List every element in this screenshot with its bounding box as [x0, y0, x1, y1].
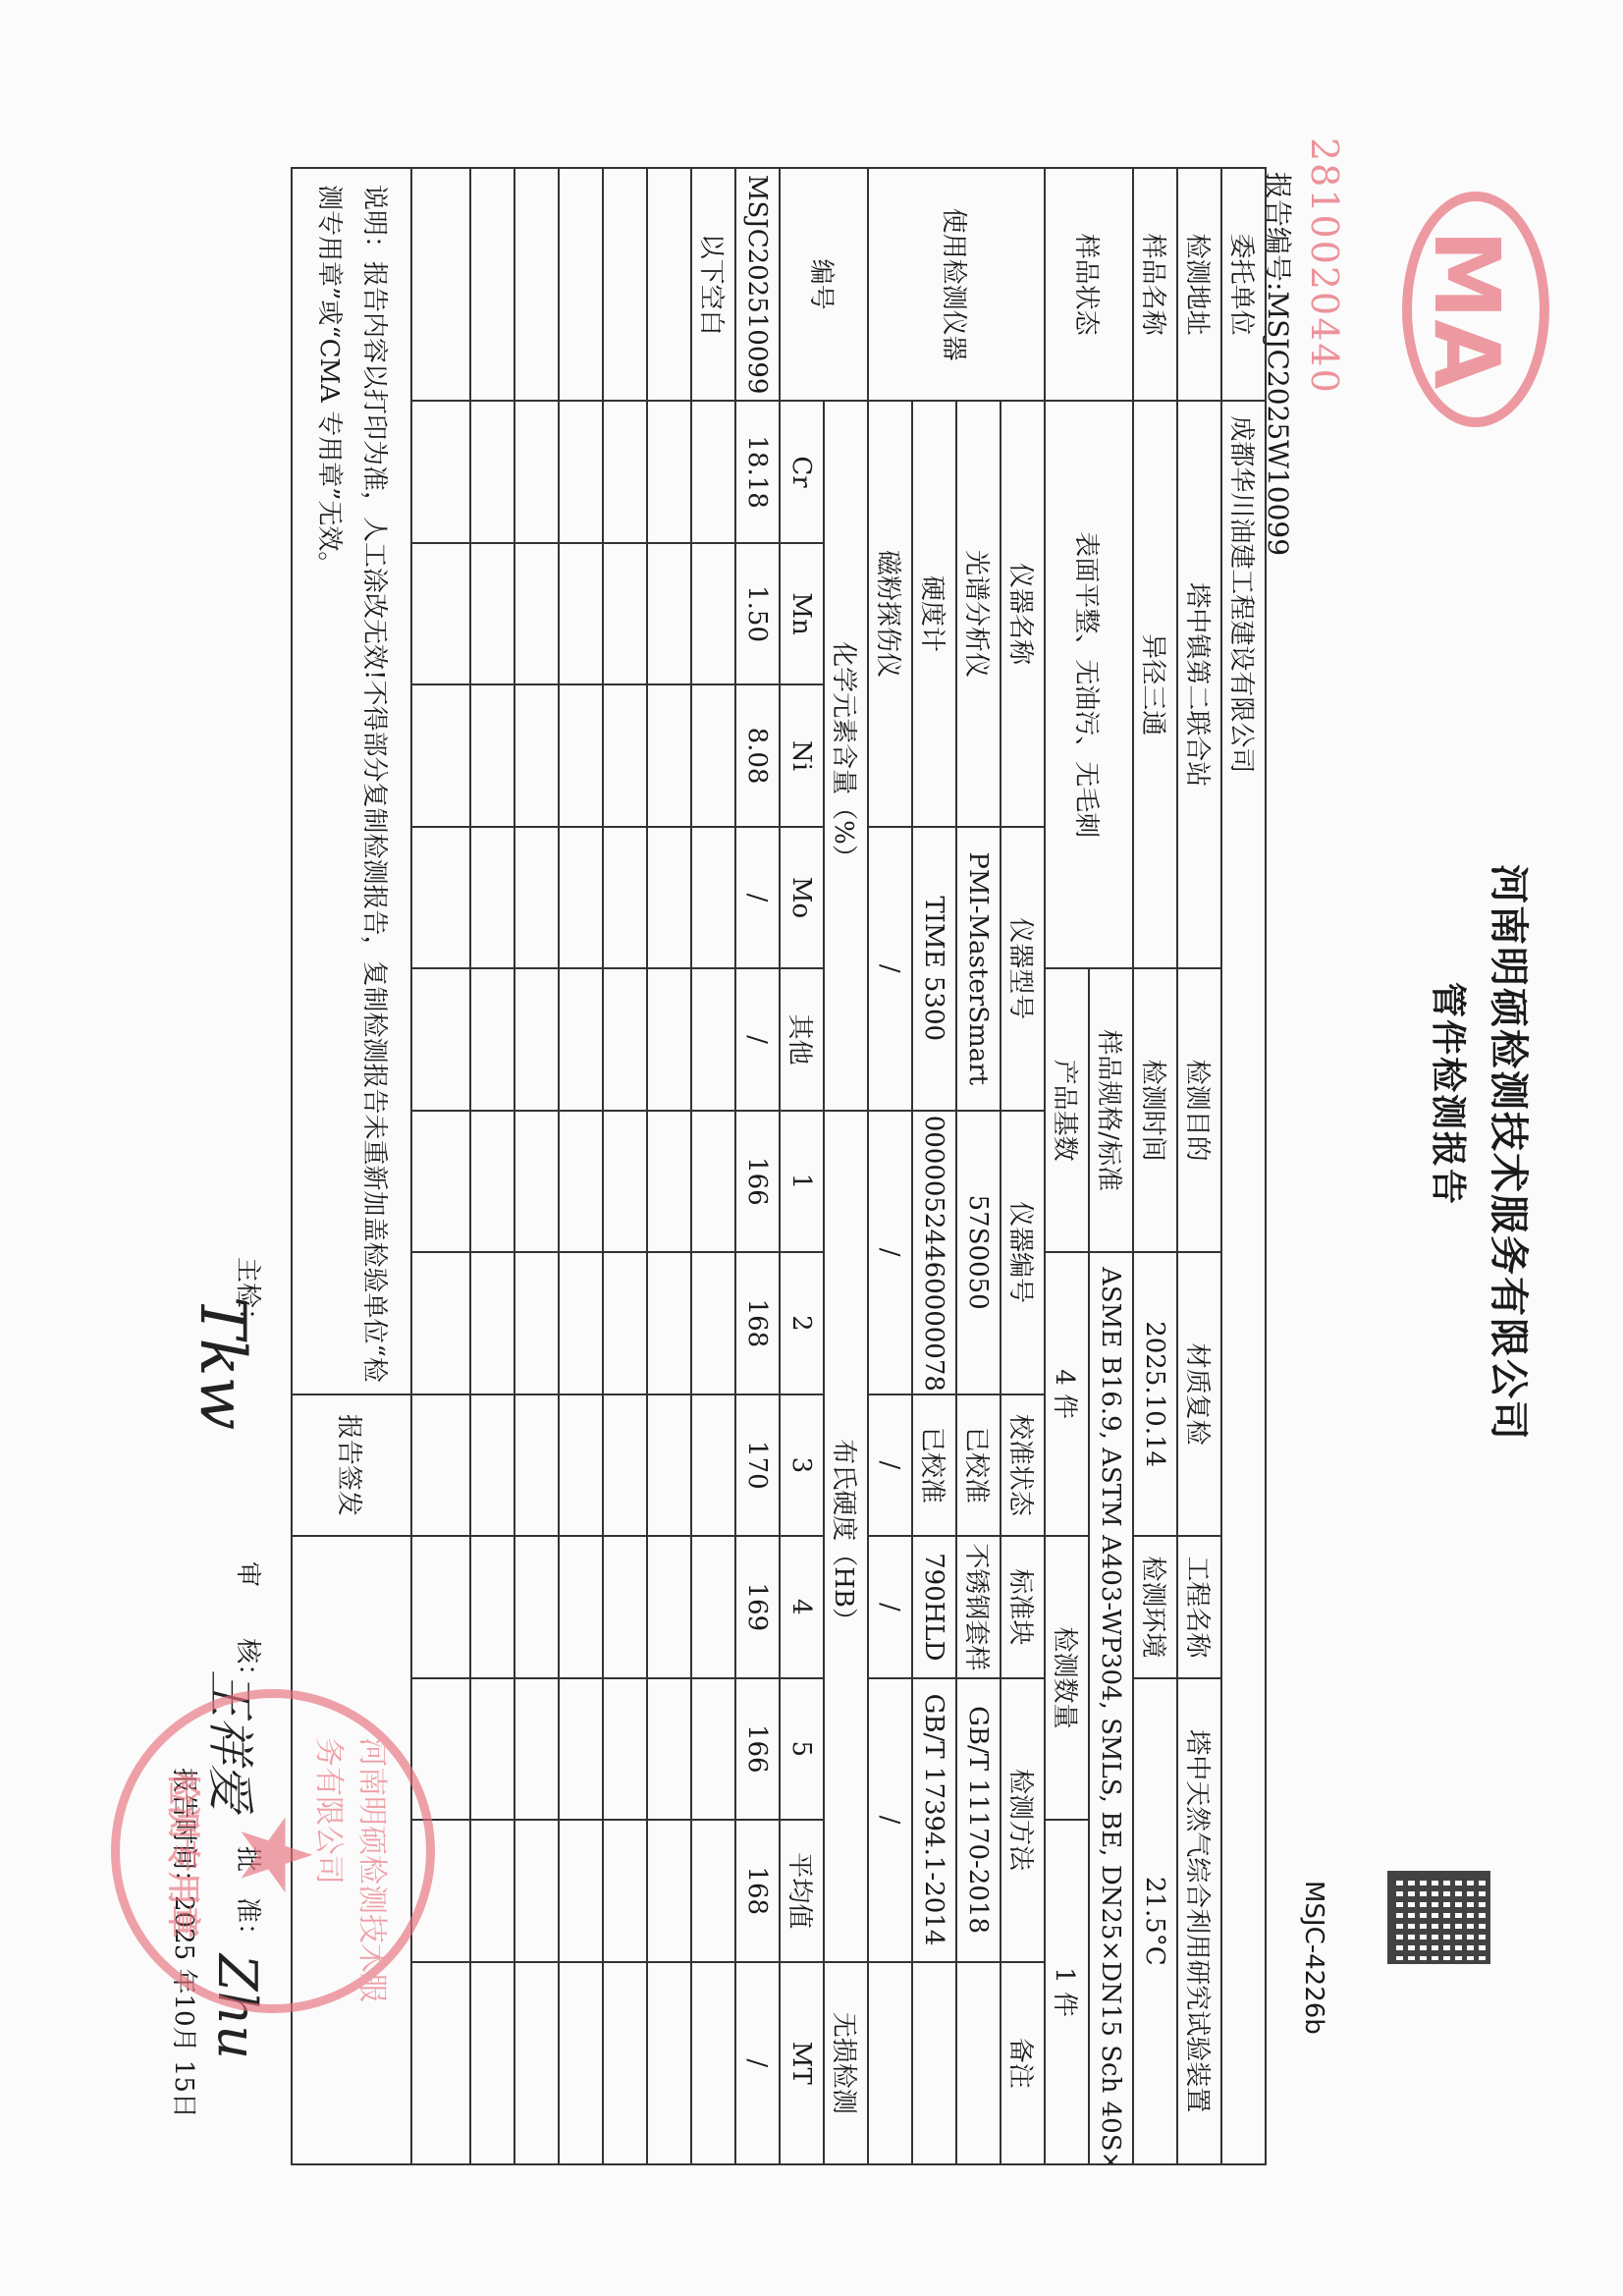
inst-header-serial: 仪器编号	[1001, 1111, 1045, 1394]
table-cell	[411, 1394, 470, 1536]
table-cell	[912, 1962, 956, 2165]
table-cell: 5	[780, 1678, 824, 1820]
table-cell	[603, 1820, 647, 1961]
table-cell	[514, 1252, 559, 1394]
date-label: 检测时间	[1133, 968, 1177, 1252]
base-label: 产品基数	[1045, 968, 1089, 1252]
table-cell	[559, 1678, 603, 1820]
inst-header-block: 标准块	[1001, 1536, 1045, 1677]
rotated-report-page: 河南明硕检测技术服务有限公司 管件检测报告 MSJC-4226b MA 2810…	[0, 0, 1623, 2296]
table-cell: 4	[780, 1536, 824, 1677]
row-purpose: 检测地址 塔中镇第二联合站 检测目的 材质复检 工程名称 塔中天然气综合利用研究…	[1177, 168, 1221, 2164]
table-cell: Mo	[780, 827, 824, 968]
table-cell	[559, 1394, 603, 1536]
results-header-row-2: Cr Mn Ni Mo 其他 1 2 3 4 5 平均值 MT	[780, 168, 824, 2164]
row-date: 样品名称 异径三通 检测时间 2025.10.14 检测环境 21.5°C	[1133, 168, 1177, 2164]
table-cell	[647, 1111, 691, 1252]
inst-header-calib: 校准状态	[1001, 1394, 1045, 1536]
table-cell	[470, 1820, 514, 1961]
table-cell	[647, 543, 691, 684]
table-cell: 2	[780, 1252, 824, 1394]
table-cell: 1	[780, 1111, 824, 1252]
table-cell	[514, 827, 559, 968]
table-cell: Cr	[780, 401, 824, 542]
table-cell: TIME 5300	[912, 827, 956, 1111]
report-table: 委托单位 成都华川油建工程建设有限公司 检测地址 塔中镇第二联合站 检测目的 材…	[291, 167, 1267, 2165]
table-cell	[956, 1962, 1001, 2165]
table-cell	[647, 827, 691, 968]
table-cell: 170	[735, 1394, 780, 1536]
table-cell	[559, 1252, 603, 1394]
table-cell: 166	[735, 1111, 780, 1252]
table-cell: /	[868, 827, 912, 1111]
table-cell	[470, 1252, 514, 1394]
ndt-method: MT	[780, 1962, 824, 2165]
table-cell	[603, 168, 647, 401]
table-cell	[647, 684, 691, 826]
hardness-header: 布氏硬度（HB）	[824, 1111, 868, 1962]
inst-header-name: 仪器名称	[1001, 401, 1045, 826]
table-cell	[603, 684, 647, 826]
table-cell	[411, 168, 470, 401]
table-cell	[559, 968, 603, 1110]
table-cell	[411, 1962, 470, 2165]
inst-header-model: 仪器型号	[1001, 827, 1045, 1111]
table-cell	[691, 1536, 735, 1677]
table-cell	[514, 684, 559, 826]
blank-row: 以下空白	[691, 168, 735, 2164]
inst-header-remark: 备注	[1001, 1962, 1045, 2165]
project-label: 工程名称	[1177, 1536, 1221, 1677]
table-cell	[559, 1962, 603, 2165]
cma-stamp-icon: MA	[1402, 191, 1549, 427]
table-cell	[647, 968, 691, 1110]
table-cell: 已校准	[912, 1394, 956, 1536]
table-cell	[868, 1962, 912, 2165]
table-cell	[411, 968, 470, 1110]
table-cell	[647, 168, 691, 401]
sample-name-value: 异径三通	[1133, 401, 1177, 968]
table-cell: 18.18	[735, 401, 780, 542]
instrument-row: 硬度计 TIME 5300 00000524460000078 已校准 790H…	[912, 168, 956, 2164]
table-cell	[470, 968, 514, 1110]
table-cell: 169	[735, 1536, 780, 1677]
table-cell	[470, 1962, 514, 2165]
sample-state-value: 表面平整、无油污、无毛刺	[1045, 401, 1133, 968]
form-code: MSJC-4226b	[1299, 1881, 1328, 2035]
ndt-header: 无损检测	[824, 1962, 868, 2165]
table-cell: Mn	[780, 543, 824, 684]
table-cell	[691, 968, 735, 1110]
table-cell	[514, 1962, 559, 2165]
table-cell	[603, 1394, 647, 1536]
table-cell: PMI-MasterSmart	[956, 827, 1001, 1111]
table-cell: 硬度计	[912, 401, 956, 826]
table-cell	[603, 1111, 647, 1252]
table-cell: 00000524460000078	[912, 1111, 956, 1394]
table-cell: 不锈钢套样	[956, 1536, 1001, 1677]
table-cell	[603, 1536, 647, 1677]
table-cell: 其他	[780, 968, 824, 1110]
table-cell	[470, 1111, 514, 1252]
inst-header-method: 检测方法	[1001, 1678, 1045, 1962]
sample-name-label: 样品名称	[1133, 168, 1177, 401]
sign-label: 报告签发	[292, 1394, 411, 1536]
table-cell	[470, 1678, 514, 1820]
table-cell: Ni	[780, 684, 824, 826]
table-cell	[647, 1252, 691, 1394]
table-cell	[411, 684, 470, 826]
table-cell: /	[735, 827, 780, 968]
table-cell	[470, 168, 514, 401]
table-cell	[411, 827, 470, 968]
instruments-section-label: 使用检测仪器	[868, 168, 1045, 401]
company-name: 河南明硕检测技术服务有限公司	[1484, 864, 1540, 1442]
table-cell	[691, 401, 735, 542]
client-value: 成都华川油建工程建设有限公司	[1221, 401, 1266, 2164]
purpose-value: 材质复检	[1177, 1252, 1221, 1536]
table-cell	[559, 1820, 603, 1961]
qr-code-icon	[1387, 1871, 1490, 1964]
table-cell	[559, 1536, 603, 1677]
table-cell	[603, 1962, 647, 2165]
table-cell	[470, 827, 514, 968]
table-cell	[514, 1536, 559, 1677]
table-cell: /	[735, 1962, 780, 2165]
table-cell: 8.08	[735, 684, 780, 826]
table-cell	[691, 827, 735, 968]
chem-header: 化学元素含量（%）	[824, 401, 868, 1110]
purpose-label: 检测目的	[1177, 968, 1221, 1252]
table-cell: 57S0050	[956, 1111, 1001, 1394]
table-cell	[411, 1252, 470, 1394]
spec-value: ASME B16.9, ASTM A403-WP304, SMLS, BE, D…	[1089, 1252, 1133, 2164]
table-cell	[647, 1820, 691, 1961]
table-cell	[514, 968, 559, 1110]
qty-label: 检测数量	[1045, 1536, 1089, 1820]
table-cell	[470, 401, 514, 542]
table-cell: 3	[780, 1394, 824, 1536]
table-cell	[691, 1962, 735, 2165]
base-value: 4 件	[1045, 1252, 1089, 1536]
table-cell: MSJC202510099	[735, 168, 780, 401]
table-cell	[603, 827, 647, 968]
table-cell: 168	[735, 1252, 780, 1394]
table-cell	[514, 1394, 559, 1536]
table-cell	[411, 401, 470, 542]
cma-stamp-number: 2810020440	[1303, 137, 1346, 395]
table-cell	[691, 543, 735, 684]
table-cell: 166	[735, 1678, 780, 1820]
sample-state-label: 样品状态	[1045, 168, 1133, 401]
site-value: 塔中镇第二联合站	[1177, 401, 1221, 968]
table-cell	[647, 1962, 691, 2165]
table-cell	[470, 1394, 514, 1536]
table-cell	[647, 401, 691, 542]
blank-label: 以下空白	[691, 168, 735, 401]
spec-label: 样品规格/标准	[1089, 968, 1133, 1252]
table-cell	[514, 1111, 559, 1252]
row-spec: 样品状态 表面平整、无油污、无毛刺 样品规格/标准 ASME B16.9, AS…	[1089, 168, 1133, 2164]
instrument-row: 光谱分析仪 PMI-MasterSmart 57S0050 已校准 不锈钢套样 …	[956, 168, 1001, 2164]
table-cell	[514, 401, 559, 542]
report-title: 管件检测报告	[1426, 982, 1476, 1206]
table-cell	[559, 827, 603, 968]
table-cell	[691, 1394, 735, 1536]
table-cell	[647, 1394, 691, 1536]
table-cell: GB/T 17394.1-2014	[912, 1678, 956, 1962]
instrument-row: 磁粉探伤仪 / / / / /	[868, 168, 912, 2164]
site-label: 检测地址	[1177, 168, 1221, 401]
table-cell	[603, 543, 647, 684]
table-cell	[603, 401, 647, 542]
table-cell	[411, 543, 470, 684]
table-cell	[603, 968, 647, 1110]
table-cell	[691, 1678, 735, 1820]
env-value: 21.5°C	[1133, 1678, 1177, 2164]
table-cell	[691, 1252, 735, 1394]
env-label: 检测环境	[1133, 1536, 1177, 1677]
table-cell: 168	[735, 1820, 780, 1961]
table-cell: /	[735, 968, 780, 1110]
table-cell	[470, 1536, 514, 1677]
table-cell	[514, 1820, 559, 1961]
table-cell	[514, 1678, 559, 1820]
table-cell: GB/T 11170-2018	[956, 1678, 1001, 1962]
table-cell	[559, 401, 603, 542]
table-cell	[603, 1252, 647, 1394]
table-cell	[470, 684, 514, 826]
results-header-row-1: 编号 化学元素含量（%） 布氏硬度（HB） 无损检测	[824, 168, 868, 2164]
instrument-header-row: 使用检测仪器 仪器名称 仪器型号 仪器编号 校准状态 标准块 检测方法 备注	[1001, 168, 1045, 2164]
table-cell: 平均值	[780, 1820, 824, 1961]
table-cell	[559, 1111, 603, 1252]
table-cell	[411, 1536, 470, 1677]
table-cell	[470, 543, 514, 684]
client-label: 委托单位	[1221, 168, 1266, 401]
table-cell: /	[868, 1111, 912, 1394]
table-cell	[691, 1111, 735, 1252]
inspection-seal-icon: 河南明硕检测技术服务有限公司 ★ 检测专用章	[111, 1689, 435, 2013]
table-cell	[559, 168, 603, 401]
qty-value: 1 件	[1045, 1820, 1089, 2164]
result-row: MSJC202510099 18.18 1.50 8.08 / / 166 16…	[735, 168, 780, 2164]
table-cell: /	[868, 1394, 912, 1536]
inspector-signature: Tkw	[186, 1296, 258, 1430]
report-note: 说明：报告内容以打印为准，人工涂改无效!不得部分复制检测报告，复制检测报告未重新…	[292, 168, 411, 1394]
table-cell	[559, 543, 603, 684]
table-cell	[514, 168, 559, 401]
table-cell: 790HLD	[912, 1536, 956, 1677]
date-value: 2025.10.14	[1133, 1252, 1177, 1536]
table-cell: 磁粉探伤仪	[868, 401, 912, 826]
project-value: 塔中天然气综合利用研究试验装置	[1177, 1678, 1221, 2164]
id-header: 编号	[780, 168, 868, 401]
table-cell: 1.50	[735, 543, 780, 684]
table-cell	[411, 1111, 470, 1252]
table-cell: 已校准	[956, 1394, 1001, 1536]
table-cell	[603, 1678, 647, 1820]
table-cell	[691, 684, 735, 826]
table-cell	[647, 1678, 691, 1820]
table-cell: /	[868, 1678, 912, 1962]
row-client: 委托单位 成都华川油建工程建设有限公司	[1221, 168, 1266, 2164]
table-cell	[691, 1820, 735, 1961]
table-cell	[647, 1536, 691, 1677]
table-cell: /	[868, 1536, 912, 1677]
table-cell	[559, 684, 603, 826]
table-cell: 光谱分析仪	[956, 401, 1001, 826]
table-cell	[514, 543, 559, 684]
